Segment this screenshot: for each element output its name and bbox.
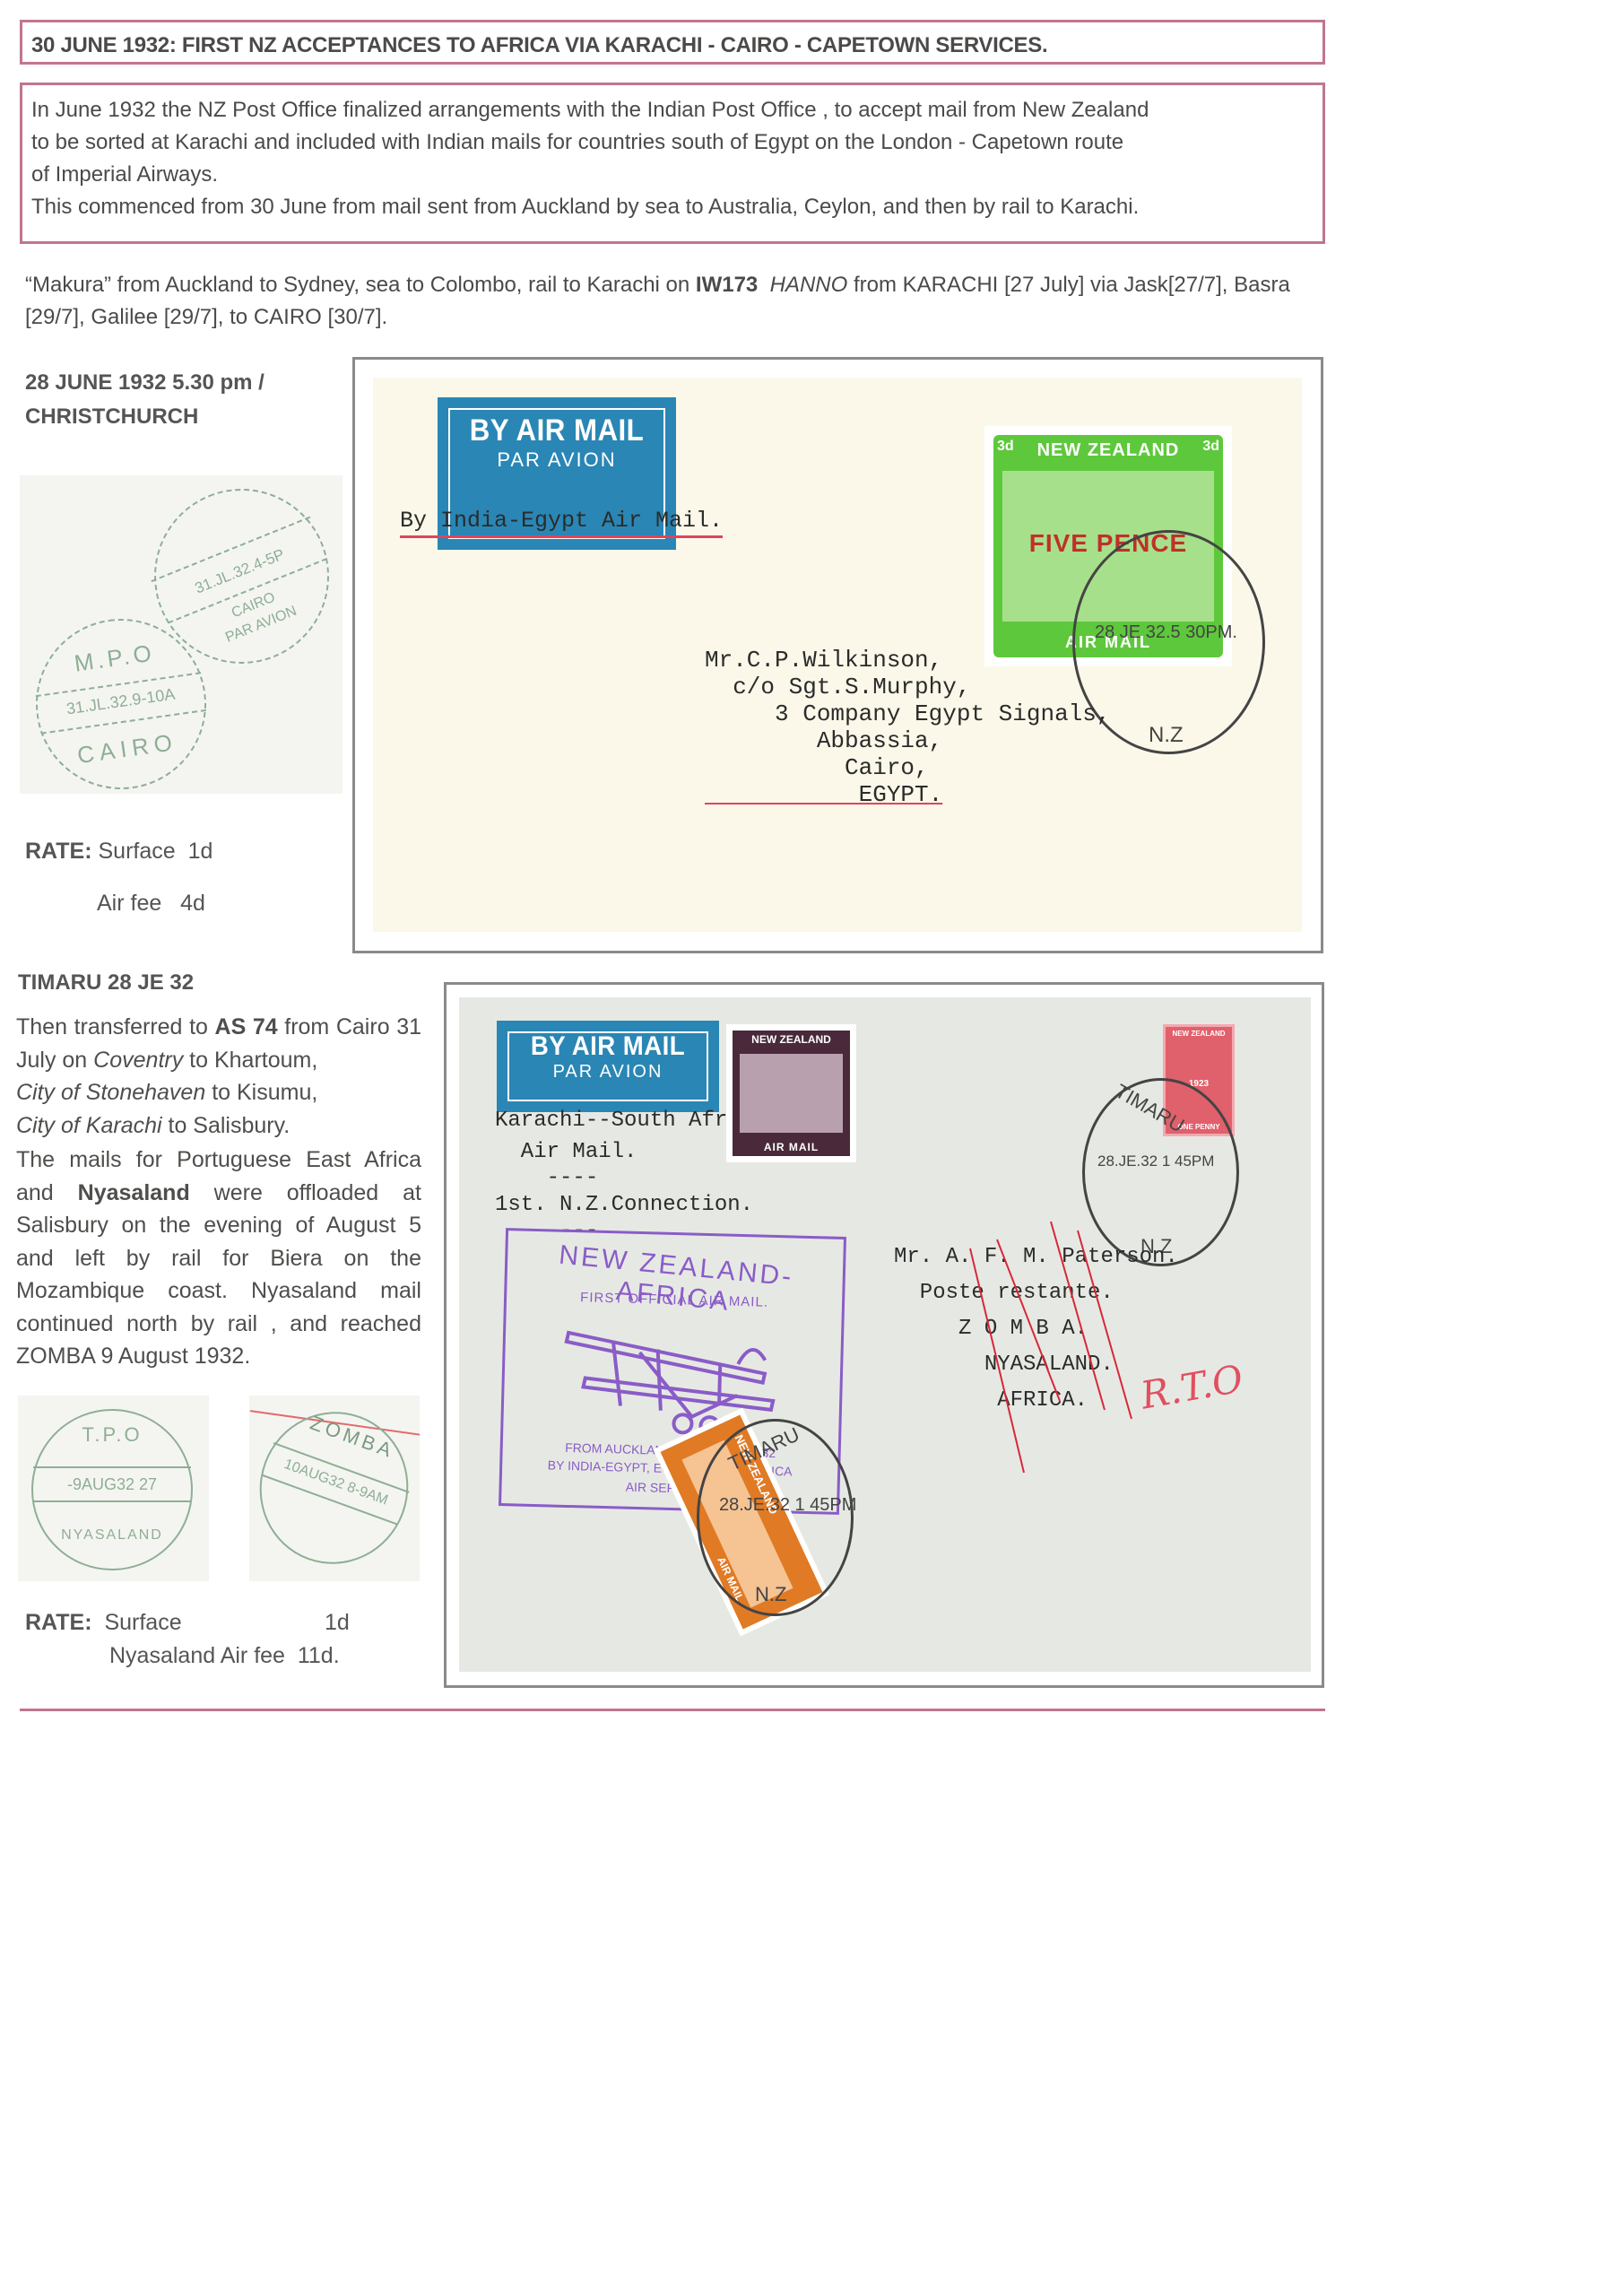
cover1-envelope: BY AIR MAIL PAR AVION By India-Egypt Air… <box>373 378 1302 932</box>
cover2-envelope: BY AIR MAIL PAR AVION Karachi--South Afr… <box>459 997 1311 1672</box>
section2-heading: TIMARU 28 JE 32 <box>18 966 194 1000</box>
section2-rate: RATE: Surface <box>25 1610 182 1636</box>
tpo-nyasaland-postmark: T.P.O -9AUG32 27 NYASALAND <box>31 1409 193 1570</box>
cover1-frame: BY AIR MAIL PAR AVION By India-Egypt Air… <box>352 357 1323 953</box>
zomba-backstamp-image: ZOMBA 10AUG32 8-9AM <box>249 1396 420 1581</box>
section1-rate: RATE: Surface 1d <box>25 839 212 865</box>
cairo-backstamps-image: 31.JL.32.4-5P CAIRO PAR AVION M.P.O 31.J… <box>20 475 343 794</box>
flight-number: IW173 <box>696 273 758 297</box>
recipient-address: Mr.C.P.Wilkinson, c/o Sgt.S.Murphy, 3 Co… <box>705 647 1110 808</box>
section1-heading-line: 28 JUNE 1932 5.30 pm / <box>25 366 264 400</box>
tpo-backstamp-image: T.P.O -9AUG32 27 NYASALAND <box>18 1396 209 1581</box>
route-text-part: “Makura” from Auckland to Sydney, sea to… <box>25 273 696 297</box>
zomba-postmark: ZOMBA 10AUG32 8-9AM <box>249 1396 420 1581</box>
route-description: “Makura” from Auckland to Sydney, sea to… <box>25 269 1316 334</box>
section2-rate-surface-value: 1d <box>325 1610 350 1636</box>
airmail-label: BY AIR MAIL PAR AVION <box>497 1021 719 1112</box>
page-title-box: 30 JUNE 1932: FIRST NZ ACCEPTANCES TO AF… <box>20 20 1325 65</box>
intro-line: to be sorted at Karachi and included wit… <box>31 126 1314 159</box>
section1-heading: 28 JUNE 1932 5.30 pm / CHRISTCHURCH <box>25 366 264 434</box>
cover2-frame: BY AIR MAIL PAR AVION Karachi--South Afr… <box>444 982 1324 1688</box>
section1-rate-air: Air fee 4d <box>97 891 205 917</box>
intro-line: of Imperial Airways. <box>31 159 1314 191</box>
intro-box: In June 1932 the NZ Post Office finalize… <box>20 83 1325 244</box>
section1-heading-line: CHRISTCHURCH <box>25 400 264 434</box>
rate-label: RATE: <box>25 839 92 864</box>
mpo-cairo-postmark: M.P.O 31.JL.32.9-10A CAIRO <box>25 608 218 794</box>
section2-description: Then transferred to AS 74 from Cairo 31 … <box>16 1011 421 1373</box>
aircraft-name: HANNO <box>770 273 848 297</box>
page-title: 30 JUNE 1932: FIRST NZ ACCEPTANCES TO AF… <box>31 33 1047 58</box>
nz-airmail-stamp-4d: NEW ZEALAND AIR MAIL <box>726 1024 856 1162</box>
biplane-icon <box>557 1315 793 1438</box>
routing-endorsement: By India-Egypt Air Mail. <box>400 508 723 538</box>
red-strike-lines <box>961 1213 1194 1482</box>
intro-line: This commenced from 30 June from mail se… <box>31 191 1314 223</box>
page-bottom-divider <box>20 1709 1325 1711</box>
intro-line: In June 1932 the NZ Post Office finalize… <box>31 94 1314 126</box>
timaru-postmark-2: TIMARU 28.JE.32 1 45PM N.Z <box>697 1419 854 1616</box>
section2-rate-air: Nyasaland Air fee 11d. <box>109 1643 340 1669</box>
